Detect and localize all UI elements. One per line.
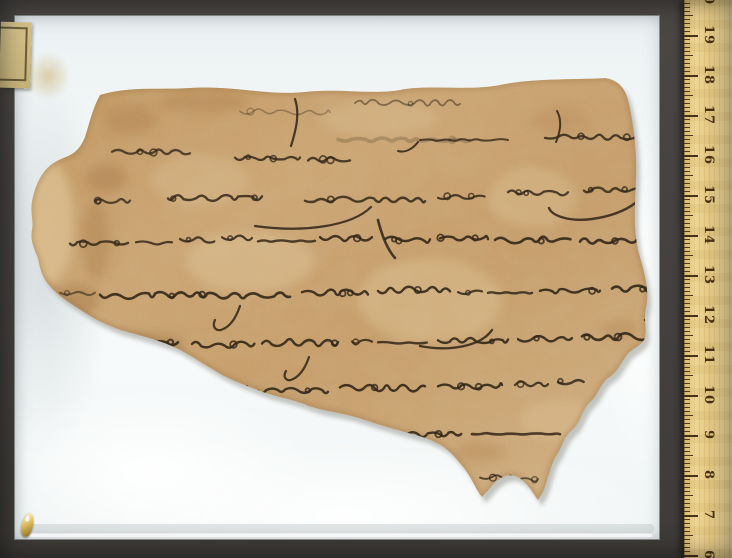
ruler-number: 11 [698,344,718,366]
ruler-cm-tick [684,75,698,77]
ruler-mm-tick [684,87,690,88]
ruler-mm-tick [684,15,693,16]
paper-patch [22,160,74,284]
ruler-mm-tick [684,287,690,288]
ruler-mm-tick [684,79,690,80]
paper-patch [150,154,250,206]
ruler-mm-tick [684,511,690,512]
ruler-mm-tick [684,143,690,144]
ruler-mm-tick [684,423,690,424]
ruler-mm-tick [684,111,690,112]
ruler-mm-tick [684,91,690,92]
script-line-segment [258,434,348,439]
ruler-number: 16 [698,144,718,166]
ruler-mm-tick [684,455,693,456]
ruler-mm-tick [684,39,690,40]
ruler-mm-tick [684,119,690,120]
manuscript-fragment-layer [0,0,732,558]
ruler-mm-tick [684,331,690,332]
ruler-mm-tick [684,259,690,260]
ruler-mm-tick [684,407,690,408]
ruler-mm-tick [684,391,690,392]
ruler-number: 13 [698,264,718,286]
ruler-mm-tick [684,83,690,84]
ruler-mm-tick [684,495,693,496]
ruler-mm-tick [684,519,690,520]
ruler-mm-tick [684,479,690,480]
ruler-mm-tick [684,271,690,272]
paper-patch [488,168,576,228]
ruler-number: 19 [698,24,718,46]
ruler-mm-tick [684,31,690,32]
ruler-mm-tick [684,535,693,536]
ruler-cm-tick [684,275,698,277]
ruler-number: 7 [698,504,718,526]
ruler-mm-tick [684,323,690,324]
ruler-mm-tick [684,299,690,300]
ruler-cm-tick [684,475,698,477]
ruler-mm-tick [684,523,690,524]
ruler-mm-tick [684,131,690,132]
ruler-mm-tick [684,415,693,416]
manuscript-photo-scene: 20191817161514131211109876 [0,0,732,558]
script-loop [275,433,282,440]
script-loop [208,385,213,390]
ruler-mm-tick [684,163,690,164]
ruler-mm-tick [684,371,690,372]
ruler-mm-tick [684,375,693,376]
ruler-mm-tick [684,411,690,412]
ruler-number: 20 [698,0,718,6]
ruler-mm-tick [684,347,690,348]
ruler-mm-tick [684,211,690,212]
script-line-segment [378,342,427,343]
ruler-mm-tick [684,251,690,252]
ruler-mm-tick [684,179,690,180]
ruler-mm-tick [684,263,690,264]
script-loop [238,431,245,438]
ruler-mm-tick [684,223,690,224]
ruler-mm-tick [684,419,690,420]
ruler-mm-tick [684,295,693,296]
script-loop [171,432,176,437]
ruler-mm-tick [684,127,690,128]
ruler-mm-tick [684,387,690,388]
ruler-mm-tick [684,95,693,96]
ruler-mm-tick [684,239,690,240]
ruler-cm-tick [684,355,698,357]
ruler-mm-tick [684,255,693,256]
script-line-segment [153,432,188,435]
ruler-mm-tick [684,459,690,460]
ruler-mm-tick [684,207,690,208]
ruler-number: 15 [698,184,718,206]
ruler-mm-tick [684,139,690,140]
ruler-mm-tick [684,175,693,176]
ruler-mm-tick [684,267,690,268]
ruler-mm-tick [684,487,690,488]
fragment-texture [0,50,700,520]
ruler-mm-tick [684,147,690,148]
paper-patch [358,258,502,342]
paper-patch [86,164,126,192]
ruler-mm-tick [684,363,690,364]
ruler-mm-tick [684,171,690,172]
ruler-mm-tick [684,99,690,100]
paper-patch [454,442,506,462]
ruler-mm-tick [684,543,690,544]
ruler-number: 8 [698,464,718,486]
ruler-mm-tick [684,303,690,304]
ruler-mm-tick [684,103,690,104]
ruler-mm-tick [684,531,690,532]
ruler-mm-tick [684,467,690,468]
ruler-mm-tick [684,527,690,528]
paper-patch [104,104,156,136]
script-line-segment [168,385,248,391]
paper-patch [52,284,100,316]
ruler-mm-tick [684,311,690,312]
ruler-mm-tick [684,463,690,464]
ruler-mm-tick [684,427,690,428]
script-line-segment [114,388,158,393]
script-loop [154,432,158,436]
ruler: 20191817161514131211109876 [684,0,732,558]
script-loop [343,434,347,438]
ruler-mm-tick [684,379,690,380]
ruler-mm-tick [684,471,690,472]
ruler-mm-tick [684,491,690,492]
paper-patch [82,200,110,280]
ruler-mm-tick [684,367,690,368]
ruler-mm-tick [684,319,690,320]
ruler-mm-tick [684,343,690,344]
ruler-mm-tick [684,351,690,352]
ruler-mm-tick [684,11,690,12]
ruler-mm-tick [684,23,690,24]
ruler-mm-tick [684,151,690,152]
ruler-mm-tick [684,159,690,160]
script-loop [127,389,132,394]
ruler-number: 17 [698,104,718,126]
ruler-mm-tick [684,339,690,340]
ruler-mm-tick [684,383,690,384]
ruler-mm-tick [684,499,690,500]
ruler-mm-tick [684,7,690,8]
ruler-mm-tick [684,19,690,20]
ruler-number: 12 [698,304,718,326]
ruler-cm-tick [684,315,698,317]
ruler-number: 14 [698,224,718,246]
ruler-mm-tick [684,359,690,360]
ruler-mm-tick [684,547,690,548]
ruler-cm-tick [684,435,698,437]
ruler-mm-tick [684,227,690,228]
ruler-mm-tick [684,215,693,216]
ruler-mm-tick [684,203,690,204]
ruler-mm-tick [684,63,690,64]
script-line-segment [472,433,560,434]
ruler-mm-tick [684,51,690,52]
script-line-segment [258,240,315,241]
ruler-mm-tick [684,451,690,452]
ruler-mm-tick [684,431,690,432]
ruler-mm-tick [684,307,690,308]
ruler-mm-tick [684,247,690,248]
ruler-mm-tick [684,443,690,444]
ruler-mm-tick [684,71,690,72]
paper-patch [90,388,150,408]
ruler-mm-tick [684,231,690,232]
ruler-mm-tick [684,283,690,284]
ruler-cm-tick [684,395,698,397]
ruler-mm-tick [684,291,690,292]
ruler-cm-tick [684,235,698,237]
ruler-mm-tick [684,167,690,168]
ruler-cm-tick [684,195,698,197]
ruler-mm-tick [684,483,690,484]
ruler-mm-tick [684,27,690,28]
ruler-cm-tick [684,515,698,517]
ruler-cm-tick [684,155,698,157]
ruler-mm-tick [684,539,690,540]
ruler-mm-tick [684,55,693,56]
ruler-mm-tick [684,447,690,448]
ruler-mm-tick [684,335,693,336]
ruler-mm-tick [684,187,690,188]
ruler-mm-tick [684,135,693,136]
ruler-mm-tick [684,439,690,440]
ruler-number: 18 [698,64,718,86]
ruler-mm-tick [684,191,690,192]
ruler-mm-tick [684,59,690,60]
ruler-mm-tick [684,279,690,280]
ruler-mm-tick [684,199,690,200]
ruler-mm-tick [684,47,690,48]
ruler-cm-tick [684,115,698,117]
ruler-cm-tick [684,555,698,557]
ruler-mm-tick [684,3,690,4]
ruler-mm-tick [684,107,690,108]
ruler-number: 6 [698,544,718,558]
ruler-mm-tick [684,219,690,220]
ruler-mm-tick [684,507,690,508]
ruler-mm-tick [684,403,690,404]
ruler-mm-tick [684,327,690,328]
ruler-mm-tick [684,67,690,68]
ruler-mm-tick [684,123,690,124]
ruler-mm-tick [684,503,690,504]
ruler-number: 10 [698,384,718,406]
ruler-mm-tick [684,551,690,552]
ruler-mm-tick [684,243,690,244]
paper-patch [322,100,438,136]
ruler-number: 9 [698,424,718,446]
paper-patch [161,92,249,112]
script-line-segment [488,292,532,293]
script-line-segment [198,432,248,436]
ruler-mm-tick [684,183,690,184]
ruler-mm-tick [684,399,690,400]
paper-patch [260,418,340,442]
ruler-cm-tick [684,35,698,37]
ruler-mm-tick [684,43,690,44]
